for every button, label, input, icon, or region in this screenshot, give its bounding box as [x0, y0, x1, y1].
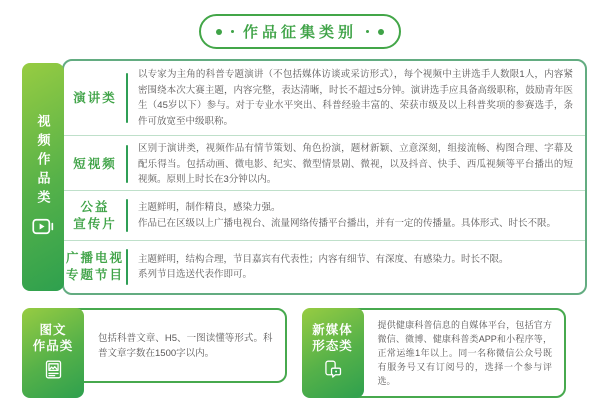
title-badge: 作品征集类别: [199, 14, 401, 49]
decorative-dot-icon: [216, 29, 222, 35]
row-label-text: 演讲类: [64, 90, 126, 107]
page-title: 作品征集类别: [243, 21, 357, 42]
video-category-label: 视频作品类: [37, 114, 50, 209]
row-label-text: 短视频: [64, 156, 126, 173]
article-image-icon: [43, 359, 64, 384]
bottom-sections: 包括科普文章、H5、一图读懂等形式。科普文章字数在1500字以内。 图文 作品类…: [22, 308, 566, 398]
video-play-icon: [32, 217, 54, 241]
decorative-dot-icon: [366, 30, 369, 33]
row-label-text: 专题节目: [64, 267, 126, 284]
row-label-text: 宣传片: [64, 216, 126, 233]
row-short-video-category: 短视频 区别于演讲类，视频作品有情节策划、角色扮演，题材新颖、立意深刻，组接流畅…: [64, 136, 585, 191]
label-line: 形态类: [312, 338, 353, 354]
row-description: 以专家为主角的科普专题演讲（不包括媒体访谈或采访形式），每个视频中主讲选手人数限…: [128, 62, 585, 134]
graphic-text-description: 包括科普文章、H5、一图读懂等形式。科普文章字数在1500字以内。: [98, 331, 273, 361]
video-category-sidebar: 视频作品类: [22, 63, 64, 291]
label-line: 图文: [39, 322, 66, 338]
new-media-label: 新媒体 形态类: [302, 308, 364, 398]
new-media-section: 提供健康科普信息的自媒体平台，包括官方微信、微博、健康科普类APP和小程序等，正…: [302, 308, 567, 398]
row-description: 区别于演讲类，视频作品有情节策划、角色扮演，题材新颖、立意深刻，组接流畅、构图合…: [128, 136, 585, 193]
new-media-description: 提供健康科普信息的自媒体平台，包括官方微信、微博、健康科普类APP和小程序等，正…: [378, 318, 553, 388]
video-rows-panel: 演讲类 以专家为主角的科普专题演讲（不包括媒体访谈或采访形式），每个视频中主讲选…: [62, 59, 587, 295]
decorative-dot-icon: [378, 29, 384, 35]
label-line: 作品类: [33, 338, 74, 354]
row-description: 主题鲜明，结构合理，节目嘉宾有代表性；内容有细节、有深度、有感染力。时长不限。 …: [128, 247, 585, 288]
row-label: 广播电视 专题节目: [64, 250, 126, 284]
row-tv-program-category: 广播电视 专题节目 主题鲜明，结构合理，节目嘉宾有代表性；内容有细节、有深度、有…: [64, 241, 585, 293]
row-label-text: 公益: [64, 199, 126, 216]
label-line: 新媒体: [312, 322, 353, 338]
row-description: 主题鲜明，制作精良，感染力强。 作品已在区级以上广播电视台、流量网络传播平台播出…: [128, 195, 585, 236]
row-label: 短视频: [64, 156, 126, 173]
video-works-section: 演讲类 以专家为主角的科普专题演讲（不包括媒体访谈或采访形式），每个视频中主讲选…: [22, 59, 587, 295]
row-speech-category: 演讲类 以专家为主角的科普专题演讲（不包括媒体访谈或采访形式），每个视频中主讲选…: [64, 61, 585, 136]
row-label: 公益 宣传片: [64, 199, 126, 233]
graphic-text-label: 图文 作品类: [22, 308, 84, 398]
header: 作品征集类别: [0, 0, 600, 49]
phone-chat-icon: [322, 359, 343, 384]
decorative-dot-icon: [231, 30, 234, 33]
row-label-text: 广播电视: [64, 250, 126, 267]
row-label: 演讲类: [64, 90, 126, 107]
graphic-text-works-section: 包括科普文章、H5、一图读懂等形式。科普文章字数在1500字以内。 图文 作品类: [22, 308, 287, 398]
row-psa-category: 公益 宣传片 主题鲜明，制作精良，感染力强。 作品已在区级以上广播电视台、流量网…: [64, 191, 585, 241]
